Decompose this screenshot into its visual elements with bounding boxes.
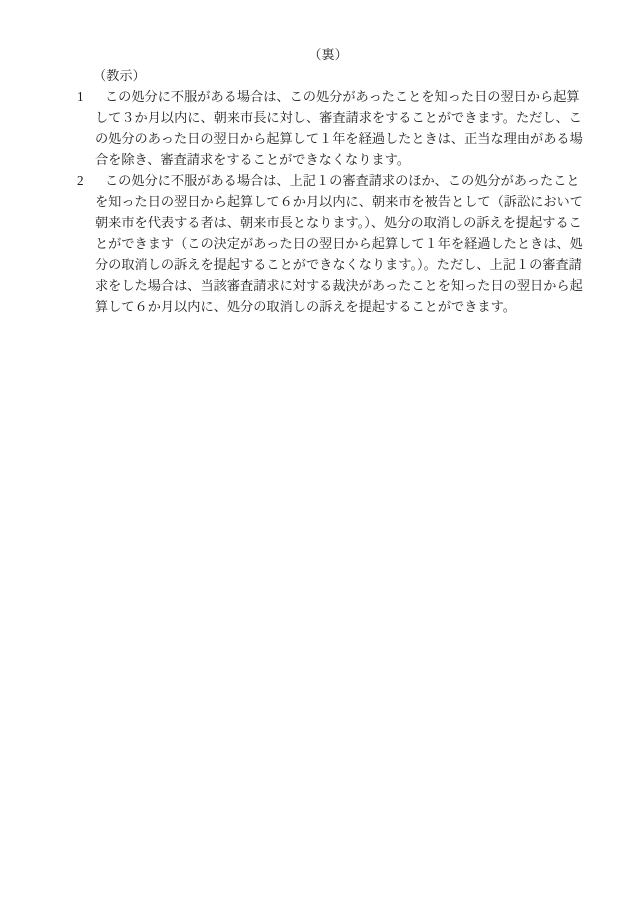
item-2-line-2: を知った日の翌日から起算して６か月以内に、朝来市を被告として（訴訟において [0, 191, 630, 212]
item-2-line-4: とができます（この決定があった日の翌日から起算して１年を経過したときは、処 [0, 233, 630, 254]
item-1-line-3: の処分のあった日の翌日から起算して１年を経過したときは、正当な理由がある場 [0, 128, 630, 149]
notice-item-1: 1 この処分に不服がある場合は、この処分があったことを知った日の翌日から起算 し… [0, 86, 630, 170]
notice-item-2: 2 この処分に不服がある場合は、上記１の審査請求のほか、この処分があったこと を… [0, 170, 630, 317]
document-page: （裏） （教示） 1 この処分に不服がある場合は、この処分があったことを知った日… [0, 0, 630, 903]
item-2-line-7: 算して６か月以内に、処分の取消しの訴えを提起することができます。 [0, 296, 630, 317]
item-2-line-1: この処分に不服がある場合は、上記１の審査請求のほか、この処分があったこと [0, 170, 630, 191]
item-1-line-4: 合を除き、審査請求をすることができなくなります。 [0, 149, 630, 170]
section-heading: （教示） [93, 65, 146, 86]
item-1-line-1: この処分に不服がある場合は、この処分があったことを知った日の翌日から起算 [0, 86, 630, 107]
page-side-label: （裏） [0, 44, 630, 65]
item-1-line-2: して３か月以内に、朝来市長に対し、審査請求をすることができます。ただし、こ [0, 107, 630, 128]
item-1-number: 1 [77, 86, 84, 107]
item-2-line-6: 求をした場合は、当該審査請求に対する裁決があったことを知った日の翌日から起 [0, 275, 630, 296]
item-2-line-5: 分の取消しの訴えを提起することができなくなります。）。ただし、上記１の審査請 [0, 254, 630, 275]
item-2-number: 2 [77, 170, 84, 191]
item-2-line-3: 朝来市を代表する者は、朝来市長となります。）、処分の取消しの訴えを提起するこ [0, 212, 630, 233]
